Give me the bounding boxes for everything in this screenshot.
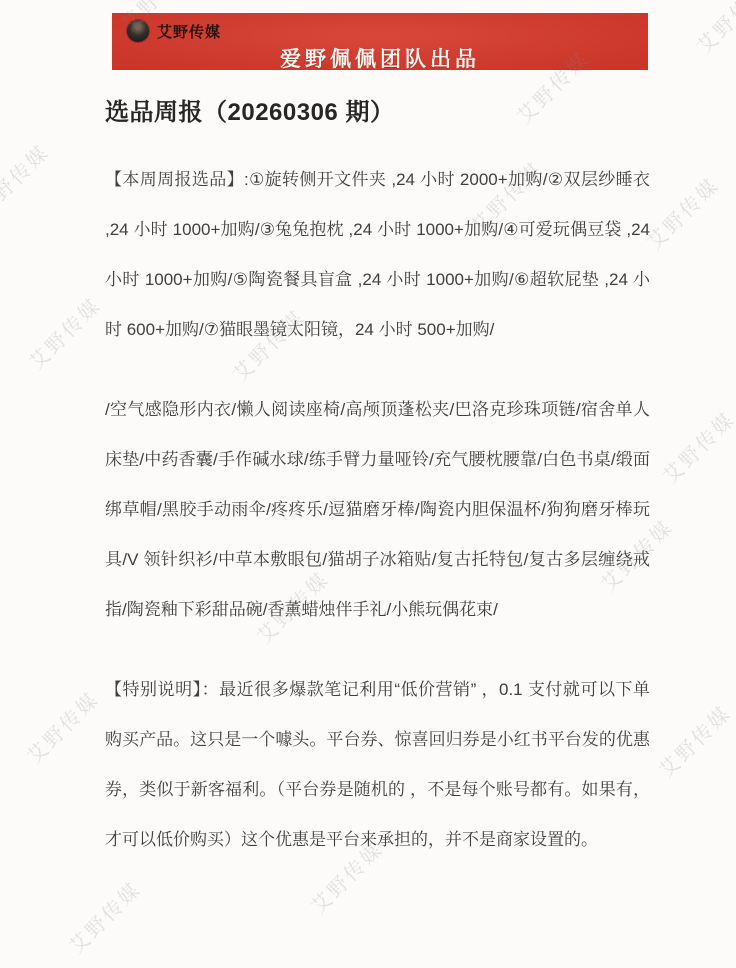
watermark: 艾野传媒 xyxy=(651,698,736,784)
paragraph-product-list: /空气感隐形内衣/懒人阅读座椅/高颅顶蓬松夹/巴洛克珍珠项链/宿舍单人床垫/中药… xyxy=(105,385,650,635)
watermark: 艾野传媒 xyxy=(19,684,105,770)
watermark: 艾野传媒 xyxy=(21,290,107,376)
banner-title: 爱野佩佩团队出品 xyxy=(112,43,648,73)
paragraph-weekly-picks: 【本周周报选品】:①旋转侧开文件夹 ,24 小时 2000+加购/②双层纱睡衣 … xyxy=(105,155,650,355)
watermark: 艾野传媒 xyxy=(0,137,55,223)
header-banner: 艾野传媒 爱野佩佩团队出品 xyxy=(112,13,648,70)
page: 艾野传媒 艾野传媒 艾野传媒 艾野传媒 艾野传媒 艾野传媒 艾野传媒 艾野传媒 … xyxy=(0,0,736,968)
paragraph-special-note: 【特别说明】：最近很多爆款笔记利用“低价营销” ，0.1 支付就可以下单购买产品… xyxy=(105,665,650,865)
brand-row: 艾野传媒 xyxy=(127,20,221,42)
watermark: 艾野传媒 xyxy=(639,170,725,256)
article: 选品周报（20260306 期） 【本周周报选品】:①旋转侧开文件夹 ,24 小… xyxy=(105,70,650,895)
page-title: 选品周报（20260306 期） xyxy=(105,92,650,127)
brand-avatar xyxy=(127,20,149,42)
brand-name: 艾野传媒 xyxy=(157,21,221,42)
watermark: 艾野传媒 xyxy=(689,0,736,59)
watermark: 艾野传媒 xyxy=(655,404,736,490)
